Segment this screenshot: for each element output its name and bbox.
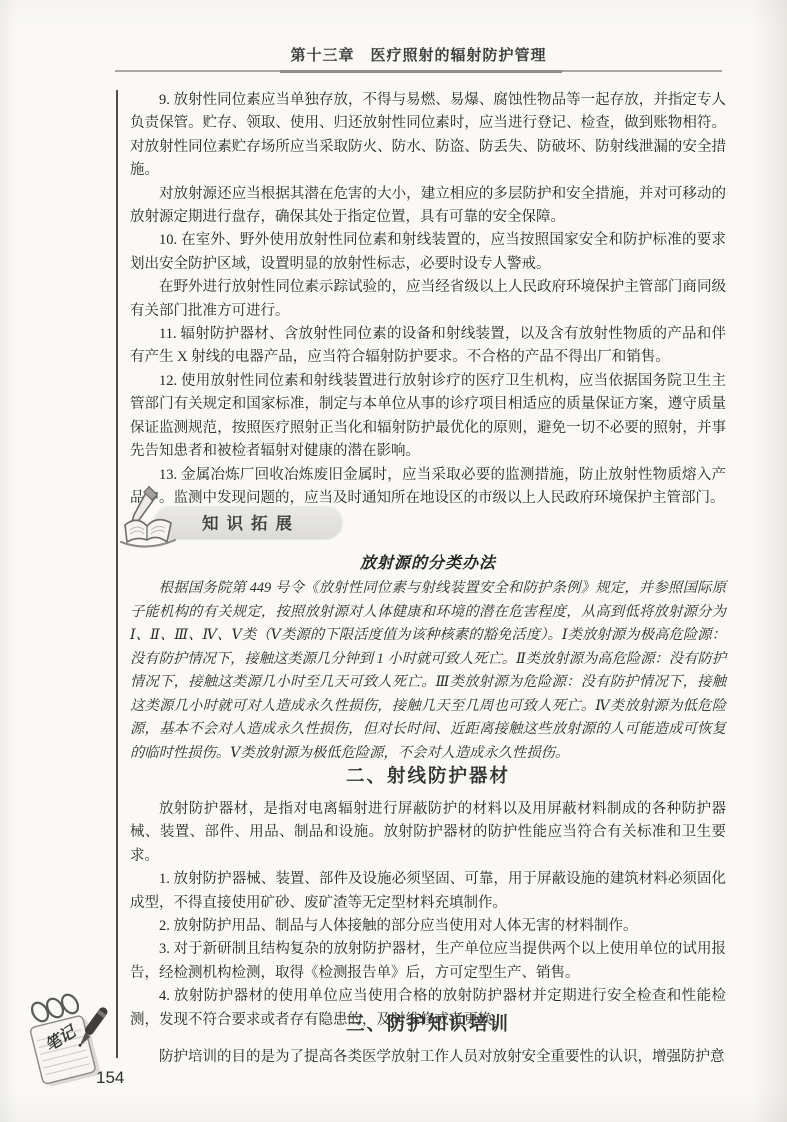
section2-block: 放射防护器材，是指对电离辐射进行屏蔽防护的材料以及用屏蔽材料制成的各种防护器械、…: [130, 798, 726, 1032]
chapter-number: 第十三章: [290, 47, 354, 64]
knowledge-title: 放射源的分类办法: [130, 550, 726, 573]
chapter-title: 医疗照射的辐射防护管理: [371, 47, 547, 64]
page-number: 154: [96, 1068, 124, 1088]
chapter-header: 第十三章医疗照射的辐射防护管理: [115, 44, 722, 65]
paragraph-9a: 对放射源还应当根据其潜在危害的大小，建立相应的多层防护和安全措施，并对可移动的放…: [130, 183, 726, 230]
section2-paragraph-1: 1. 放射防护器械、装置、部件及设施必须坚固、可靠，用于屏蔽设施的建筑材料必须固…: [130, 868, 726, 915]
paragraph-9: 9. 放射性同位素应当单独存放，不得与易燃、易爆、腐蚀性物品等一起存放，并指定专…: [130, 89, 726, 183]
paragraph-12: 12. 使用放射性同位素和射线装置进行放射诊疗的医疗卫生机构，应当依据国务院卫生…: [130, 370, 726, 464]
knowledge-expansion-pill: 知识拓展: [154, 505, 342, 538]
intro-block: 9. 放射性同位素应当单独存放，不得与易燃、易爆、腐蚀性物品等一起存放，并指定专…: [130, 89, 726, 510]
page-background: 第十三章医疗照射的辐射防护管理 9. 放射性同位素应当单独存放，不得与易燃、易爆…: [0, 0, 787, 1122]
section2-paragraph-intro: 放射防护器材，是指对电离辐射进行屏蔽防护的材料以及用屏蔽材料制成的各种防护器械、…: [130, 798, 726, 868]
knowledge-body: 根据国务院第 449 号令《放射性同位素与射线装置安全和防护条例》规定，并参照国…: [130, 577, 726, 765]
section2-paragraph-2: 2. 放射防护用品、制品与人体接触的部分应当使用对人体无害的材料制作。: [130, 915, 726, 938]
paragraph-11: 11. 辐射防护器材、含放射性同位素的设备和射线装置，以及含有放射性物质的产品和…: [130, 323, 726, 370]
section2-paragraph-3: 3. 对于新研制且结构复杂的放射防护器材，生产单位应当提供两个以上使用单位的试用…: [130, 938, 726, 985]
section3-block: 防护培训的目的是为了提高各类医学放射工作人员对放射安全重要性的认识，增强防护意: [130, 1046, 726, 1069]
section-heading-3: 三、防护知识培训: [130, 1010, 726, 1036]
knowledge-paragraph: 根据国务院第 449 号令《放射性同位素与射线装置安全和防护条例》规定，并参照国…: [130, 577, 726, 765]
book-pen-icon: [116, 484, 182, 552]
header-rule: [115, 70, 722, 72]
knowledge-expansion-label: 知识拓展: [202, 510, 300, 534]
section3-paragraph: 防护培训的目的是为了提高各类医学放射工作人员对放射安全重要性的认识，增强防护意: [130, 1046, 726, 1069]
section-heading-2: 二、射线防护器材: [130, 762, 726, 788]
paragraph-10a: 在野外进行放射性同位素示踪试验的，应当经省级以上人民政府环境保护主管部门商同级有…: [130, 276, 726, 323]
knowledge-expansion-badge: 知识拓展: [116, 484, 366, 554]
paragraph-10: 10. 在室外、野外使用放射性同位素和射线装置的，应当按照国家安全和防护标准的要…: [130, 229, 726, 276]
left-margin-rule: [116, 90, 118, 1058]
